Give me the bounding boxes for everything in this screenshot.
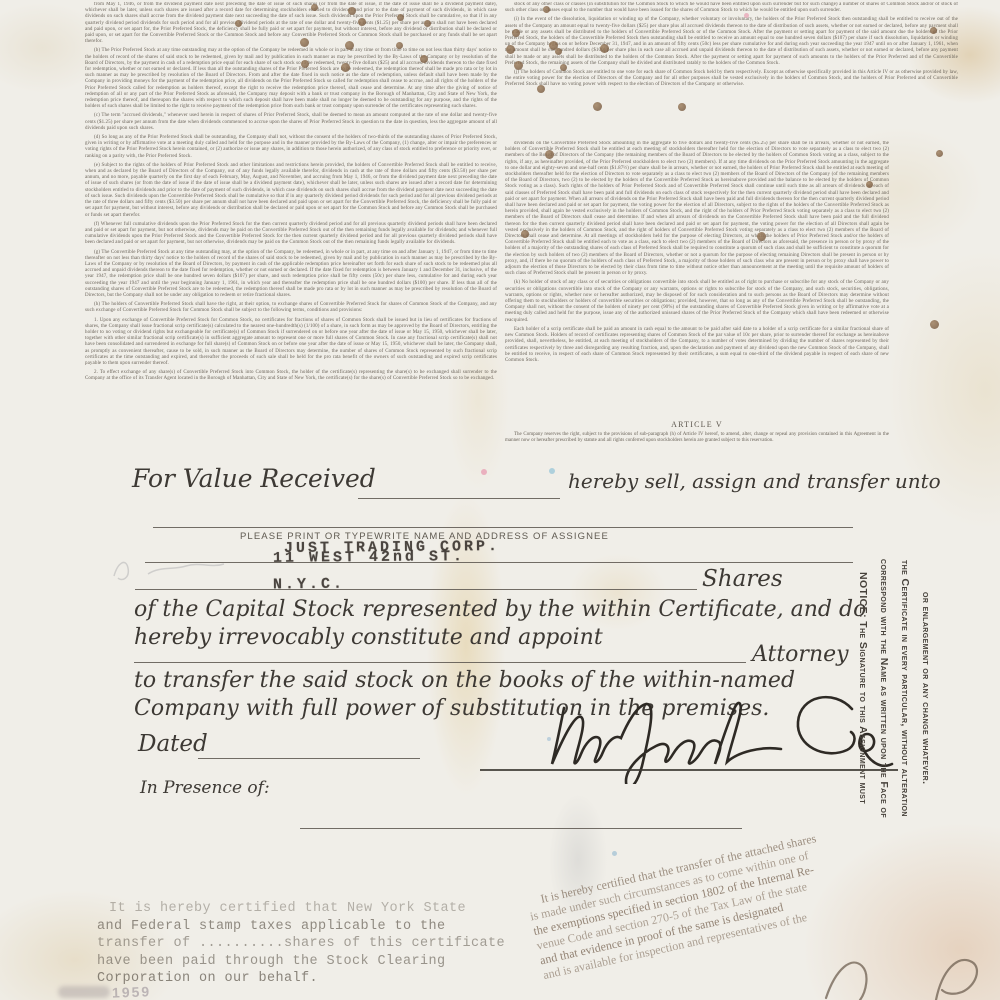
capital-stock-line-2: hereby irrevocably constitute and appoin…	[134, 625, 603, 650]
text-line: 1. Upon any exchange of Convertible Pref…	[85, 318, 497, 368]
punch-hole-mark	[936, 150, 943, 157]
text-line: (j) The holders of Common Stock are enti…	[505, 70, 958, 89]
stock-certificate-back: from May 1, 1946, or from the dividend p…	[0, 0, 1000, 1000]
value-received-blank-line	[358, 498, 560, 499]
punch-hole-mark	[866, 181, 873, 188]
text-line: correspond with the Name as written upon…	[873, 512, 894, 864]
punch-hole-mark	[593, 102, 602, 111]
text-line: (c) The term "accrued dividends," whenev…	[85, 113, 497, 132]
transfer-clause-label: hereby sell, assign and transfer unto	[568, 469, 941, 493]
punch-hole-mark	[348, 7, 356, 15]
punch-hole-mark	[396, 42, 403, 49]
punch-hole-mark	[930, 320, 939, 329]
punch-hole-mark	[930, 27, 937, 34]
article-v-section: ARTICLE V The Company reserves the right…	[505, 420, 889, 444]
punch-hole-mark	[514, 61, 523, 70]
assignee-line-1	[153, 527, 853, 528]
punch-hole-mark	[545, 150, 554, 159]
punch-hole-mark	[600, 44, 609, 53]
dated-blank-line	[198, 758, 420, 759]
text-line: stock of any other class or classes (in …	[505, 2, 958, 14]
date-stamp: 1959	[112, 983, 152, 1000]
punch-hole-mark	[345, 41, 354, 50]
text-line: transfer of ..........shares of this cer…	[97, 935, 505, 953]
assignee-stamp-street: 11 WEST 42nd ST.	[273, 548, 465, 567]
paper-speck	[549, 468, 555, 474]
text-line: (k) No holder of stock of any class or o…	[505, 280, 889, 323]
punch-hole-mark	[555, 48, 562, 55]
punch-hole-mark	[420, 55, 428, 63]
assignee-line-3	[135, 589, 697, 590]
text-line: (i) In the event of the dissolution, liq…	[505, 17, 958, 67]
punch-hole-mark	[358, 18, 366, 26]
stamp-tax-certification: It is hereby certified that New York Sta…	[97, 900, 505, 988]
punch-hole-mark	[678, 103, 686, 111]
attorney-blank-line	[134, 662, 746, 663]
text-line: Corporation on our behalf.	[97, 970, 505, 988]
legal-text-right-column-main: dividends on the Convertible Preferred S…	[505, 141, 889, 417]
signature-line	[480, 769, 898, 771]
text-line: NOTICE: The Signature to this Assignment…	[852, 512, 873, 864]
punch-hole-mark	[560, 64, 567, 71]
punch-hole-mark	[300, 38, 309, 47]
shares-label: Shares	[702, 566, 783, 592]
text-line: and Federal stamp taxes applicable to th…	[97, 918, 505, 936]
pencil-scribble	[108, 548, 258, 588]
dated-label: Dated	[138, 731, 208, 757]
paper-speck	[744, 13, 749, 18]
text-line: (b) The Prior Preferred Stock at any tim…	[85, 48, 497, 110]
witness-blank-line	[300, 828, 742, 829]
punch-hole-mark	[757, 232, 766, 241]
text-line: (g) The Convertible Preferred Stock at a…	[85, 250, 497, 300]
assignee-stamp-city: N.Y.C.	[273, 576, 345, 594]
paper-speck	[547, 737, 551, 741]
capital-stock-line-1: of the Capital Stock represented by the …	[134, 597, 866, 622]
text-line: from May 1, 1946, or from the dividend p…	[85, 2, 497, 45]
article-v-text: The Company reserves the right, subject …	[505, 432, 889, 444]
punch-hole-mark	[537, 85, 545, 93]
date-stamp-smudge	[58, 986, 110, 998]
text-line: Each holder of a scrip certificate shall…	[505, 327, 889, 364]
punch-hole-mark	[424, 20, 431, 27]
in-presence-of-label: In Presence of:	[140, 778, 270, 798]
text-line: (h) The holders of Convertible Preferred…	[85, 302, 497, 314]
text-line: (f) Whenever full cumulative dividends u…	[85, 222, 497, 247]
paper-speck	[612, 851, 617, 856]
text-line: 2. To effect exchange of any share(s) of…	[85, 370, 497, 382]
punch-hole-mark	[301, 60, 309, 68]
punch-hole-mark	[543, 6, 550, 13]
punch-hole-mark	[311, 4, 318, 11]
for-value-received-label: For Value Received	[132, 464, 376, 493]
punch-hole-mark	[235, 20, 242, 27]
punch-hole-mark	[521, 230, 529, 238]
legal-text-left-column: from May 1, 1946, or from the dividend p…	[85, 2, 497, 458]
punch-hole-mark	[341, 63, 350, 72]
text-line: (d) So long as any of the Prior Preferre…	[85, 135, 497, 160]
paper-speck	[481, 469, 487, 475]
punch-hole-mark	[506, 45, 515, 54]
corner-signature-flourish	[818, 952, 1000, 1000]
punch-hole-mark	[397, 14, 404, 21]
legal-text-right-column-top: stock of any other class or classes (in …	[505, 2, 958, 138]
text-line: have been paid through the Stock Clearin…	[97, 953, 505, 971]
attorney-label: Attorney	[752, 642, 849, 667]
text-line: dividends on the Convertible Preferred S…	[505, 141, 889, 277]
text-line: (e) Subject to the rights of the holders…	[85, 163, 497, 219]
article-v-heading: ARTICLE V	[505, 420, 889, 429]
punch-hole-mark	[512, 29, 520, 37]
text-line: It is hereby certified that New York Sta…	[109, 900, 505, 918]
